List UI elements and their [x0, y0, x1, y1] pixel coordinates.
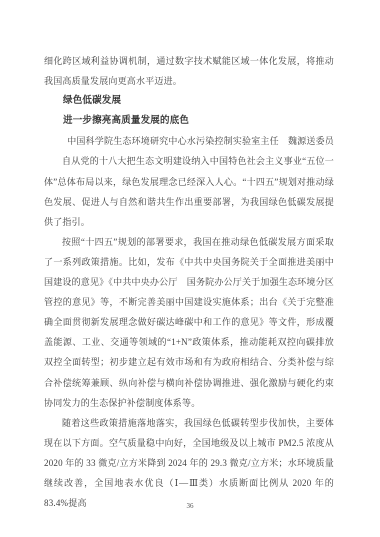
- page-content: 细化跨区域利益协调机制，通过数字技术赋能区域一体化发展，将推动我国高质量发展向更…: [44, 51, 334, 513]
- section-title: 进一步擦亮高质量发展的底色: [44, 111, 334, 131]
- paragraph-continued-from-previous-page: 细化跨区域利益协调机制，通过数字技术赋能区域一体化发展，将推动我国高质量发展向更…: [44, 51, 334, 91]
- body-paragraph-1: 自从党的十八大把生态文明建设纳入中国特色社会主义事业“五位一体”总体布局以来，绿…: [44, 151, 334, 231]
- page-number: 36: [0, 502, 380, 510]
- section-kicker: 绿色低碳发展: [44, 91, 334, 111]
- body-paragraph-2: 按照“十四五”规划的部署要求，我国在推动绿色低碳发展方面采取了一系列政策措施。比…: [44, 232, 334, 413]
- byline-author: 中国科学院生态环境研究中心水污染控制实验室主任 魏源送委员: [44, 131, 334, 151]
- body-paragraph-3-truncated: 随着这些政策措施落地落实，我国绿色低碳转型步伐加快，主要体现在以下方面。空气质量…: [44, 413, 334, 513]
- document-page: 细化跨区域利益协调机制，通过数字技术赋能区域一体化发展，将推动我国高质量发展向更…: [0, 0, 380, 537]
